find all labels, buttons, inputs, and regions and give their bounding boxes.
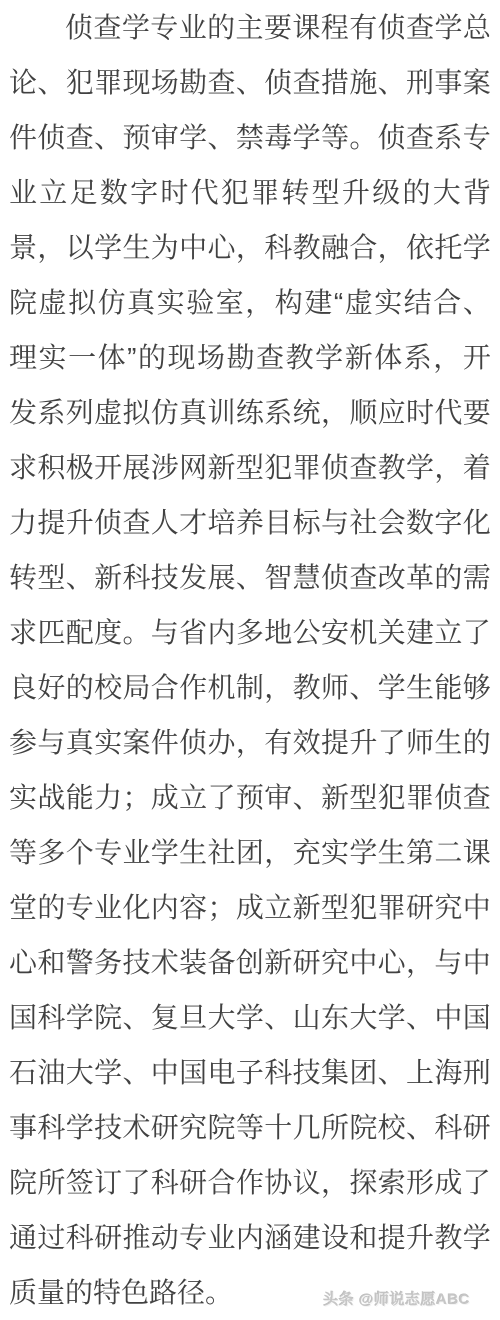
text-line: 论、犯罪现场勘查、侦查措施、刑事案 <box>9 55 491 110</box>
text-line: 件侦查、预审学、禁毒学等。侦查系专 <box>9 110 491 165</box>
text-line: 通过科研推动专业内涵建设和提升教学 <box>9 1210 491 1265</box>
text-line: 堂的专业化内容；成立新型犯罪研究中 <box>9 880 491 935</box>
text-line: 院所签订了科研合作协议，探索形成了 <box>9 1155 491 1210</box>
text-line: 转型、新科技发展、智慧侦查改革的需 <box>9 550 491 605</box>
text-line: 国科学院、复旦大学、山东大学、中国 <box>9 990 491 1045</box>
text-line: 侦查学专业的主要课程有侦查学总 <box>9 0 491 55</box>
text-line: 参与真实案件侦办，有效提升了师生的 <box>9 715 491 770</box>
text-line: 业立足数字时代犯罪转型升级的大背 <box>9 165 491 220</box>
text-line: 景，以学生为中心，科教融合，依托学 <box>9 220 491 275</box>
text-line: 求积极开展涉网新型犯罪侦查教学，着 <box>9 440 491 495</box>
text-line: 求匹配度。与省内多地公安机关建立了 <box>9 605 491 660</box>
text-line: 理实一体”的现场勘查教学新体系，开 <box>9 330 491 385</box>
text-line: 良好的校局合作机制，教师、学生能够 <box>9 660 491 715</box>
text-line: 实战能力；成立了预审、新型犯罪侦查 <box>9 770 491 825</box>
toutiao-watermark: 头条 @师说志愿ABC <box>323 1288 470 1309</box>
article-body: 侦查学专业的主要课程有侦查学总论、犯罪现场勘查、侦查措施、刑事案件侦查、预审学、… <box>0 0 500 1320</box>
text-line: 心和警务技术装备创新研究中心，与中 <box>9 935 491 990</box>
text-line: 等多个专业学生社团，充实学生第二课 <box>9 825 491 880</box>
text-line: 院虚拟仿真实验室，构建“虚实结合、 <box>9 275 491 330</box>
text-line: 事科学技术研究院等十几所院校、科研 <box>9 1100 491 1155</box>
text-line: 发系列虚拟仿真训练系统，顺应时代要 <box>9 385 491 440</box>
text-line: 力提升侦查人才培养目标与社会数字化 <box>9 495 491 550</box>
text-line: 石油大学、中国电子科技集团、上海刑 <box>9 1045 491 1100</box>
